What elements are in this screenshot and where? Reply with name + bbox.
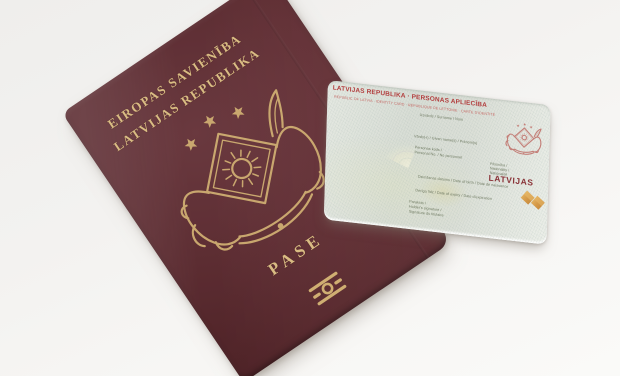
hologram-icon: [513, 185, 546, 216]
guilloche-pattern: [324, 80, 551, 245]
kinegram-icon: [373, 134, 418, 172]
id-card: LATVIJAS REPUBLIKA · PERSONAS APLIECĪBA …: [324, 80, 551, 245]
card-coat-of-arms-icon: [503, 120, 545, 159]
chip-icon: [307, 270, 348, 307]
photo-background: EIROPAS SAVIENĪBA LATVIJAS REPUBLIKA: [0, 0, 620, 376]
